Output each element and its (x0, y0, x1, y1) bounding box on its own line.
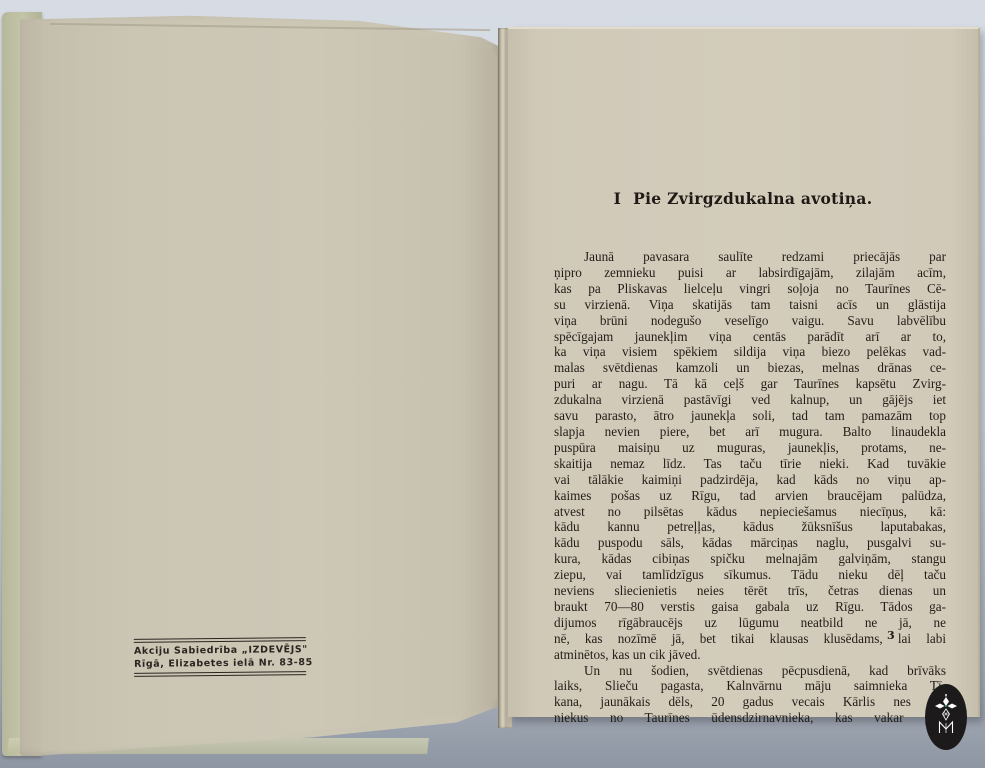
right-page: IPie Zvirgzdukalna avotiņa. Jaunā pavasa… (508, 27, 980, 717)
text-line: kādu puspodu sāls, kādas mārciņas naglu,… (554, 535, 946, 551)
text-line: savu parasto, ātro jaunekļa soli, tad ta… (554, 408, 946, 424)
text-line: kana, jaunākais dēls, 20 gadus vecais Kā… (554, 694, 946, 710)
chapter-body-text: Jaunā pavasara saulīte redzami priecājās… (554, 249, 946, 726)
text-line: malas svētdienas kamzoli un biezas, meln… (554, 360, 946, 376)
text-line: kaimes pošas uz Rīgu, tad arvien braucēj… (554, 488, 946, 504)
text-line: puri ar nagu. Tā kā ceļš gar Taurīnes ka… (554, 376, 946, 392)
text-line: skaitija nemaz līdz. Tas taču tīrie niek… (554, 456, 946, 472)
text-line: viņa brūni nodegušo veselīgo vaigu. Savu… (554, 313, 946, 329)
imprint-bottom-rule (134, 671, 306, 677)
imprint-address: Rīgā, Elizabetes ielā Nr. 83-85 (134, 656, 306, 671)
text-line: laiks, Slieču pagasta, Kalnvārnu māju sa… (554, 678, 946, 694)
text-line: ņipro zemnieku puisi ar labsirdīgajām, z… (554, 265, 946, 281)
text-line: ziepu, vai tamlīdzīgus sīkumus. Tādu nie… (554, 567, 946, 583)
text-line: braukt 70—80 verstis gaisa gabala uz Rīg… (554, 599, 946, 615)
text-line: slapja nevien piere, bet arī mugura. Bal… (554, 424, 946, 440)
text-line: vai tālākie kaimiņi padzirdēja, kad kāds… (554, 472, 946, 488)
text-line: Jaunā pavasara saulīte redzami priecājās… (554, 249, 946, 265)
text-line: kas pa Pliskavas lielceļu vingri soļoja … (554, 281, 946, 297)
text-line: spēcīgajam jaunekļim viņa centās parādīt… (554, 329, 946, 345)
text-line: su virzienā. Viņa skatijās tam taisni ac… (554, 297, 946, 313)
text-line: atvest no pilsētas kādus nepieciešamus n… (554, 504, 946, 520)
book-photo: Akciju Sabiedrība „IZDEVĒJS" Rīgā, Eliza… (0, 0, 985, 768)
text-line: neviens sliecienietis neies tērēt trīs, … (554, 583, 946, 599)
chapter-number: I (614, 189, 622, 208)
imprint-top-rule (134, 637, 306, 643)
text-line: zdukalna virzienā pastāvīgi ved kalnup, … (554, 392, 946, 408)
text-line: atminētos, kas un cik jāved. (554, 647, 946, 663)
chapter-heading: IPie Zvirgzdukalna avotiņa. (508, 189, 978, 208)
ornamental-cross-monogram-icon (931, 693, 961, 741)
publisher-imprint: Akciju Sabiedrība „IZDEVĒJS" Rīgā, Eliza… (134, 635, 306, 679)
page-number: 3 (887, 629, 895, 642)
text-line: kādu kannu petreļļas, kādus žūksnīšus la… (554, 519, 946, 535)
chapter-title: Pie Zvirgzdukalna avotiņa. (633, 189, 872, 208)
text-line: ka viņa visiem spēkiem sildija viņa biez… (554, 344, 946, 360)
text-line: Un nu šodien, svētdienas pēcpusdienā, ka… (554, 663, 946, 679)
watermark-logo (925, 684, 967, 750)
text-line: niekus no Taurīnes ūdensdzirnavnieka, ka… (554, 710, 946, 726)
text-line: kura, kādas cibiņas spičku melnajām galv… (554, 551, 946, 567)
text-line: puspūra maisiņu uz muguras, jaunekļis, p… (554, 440, 946, 456)
